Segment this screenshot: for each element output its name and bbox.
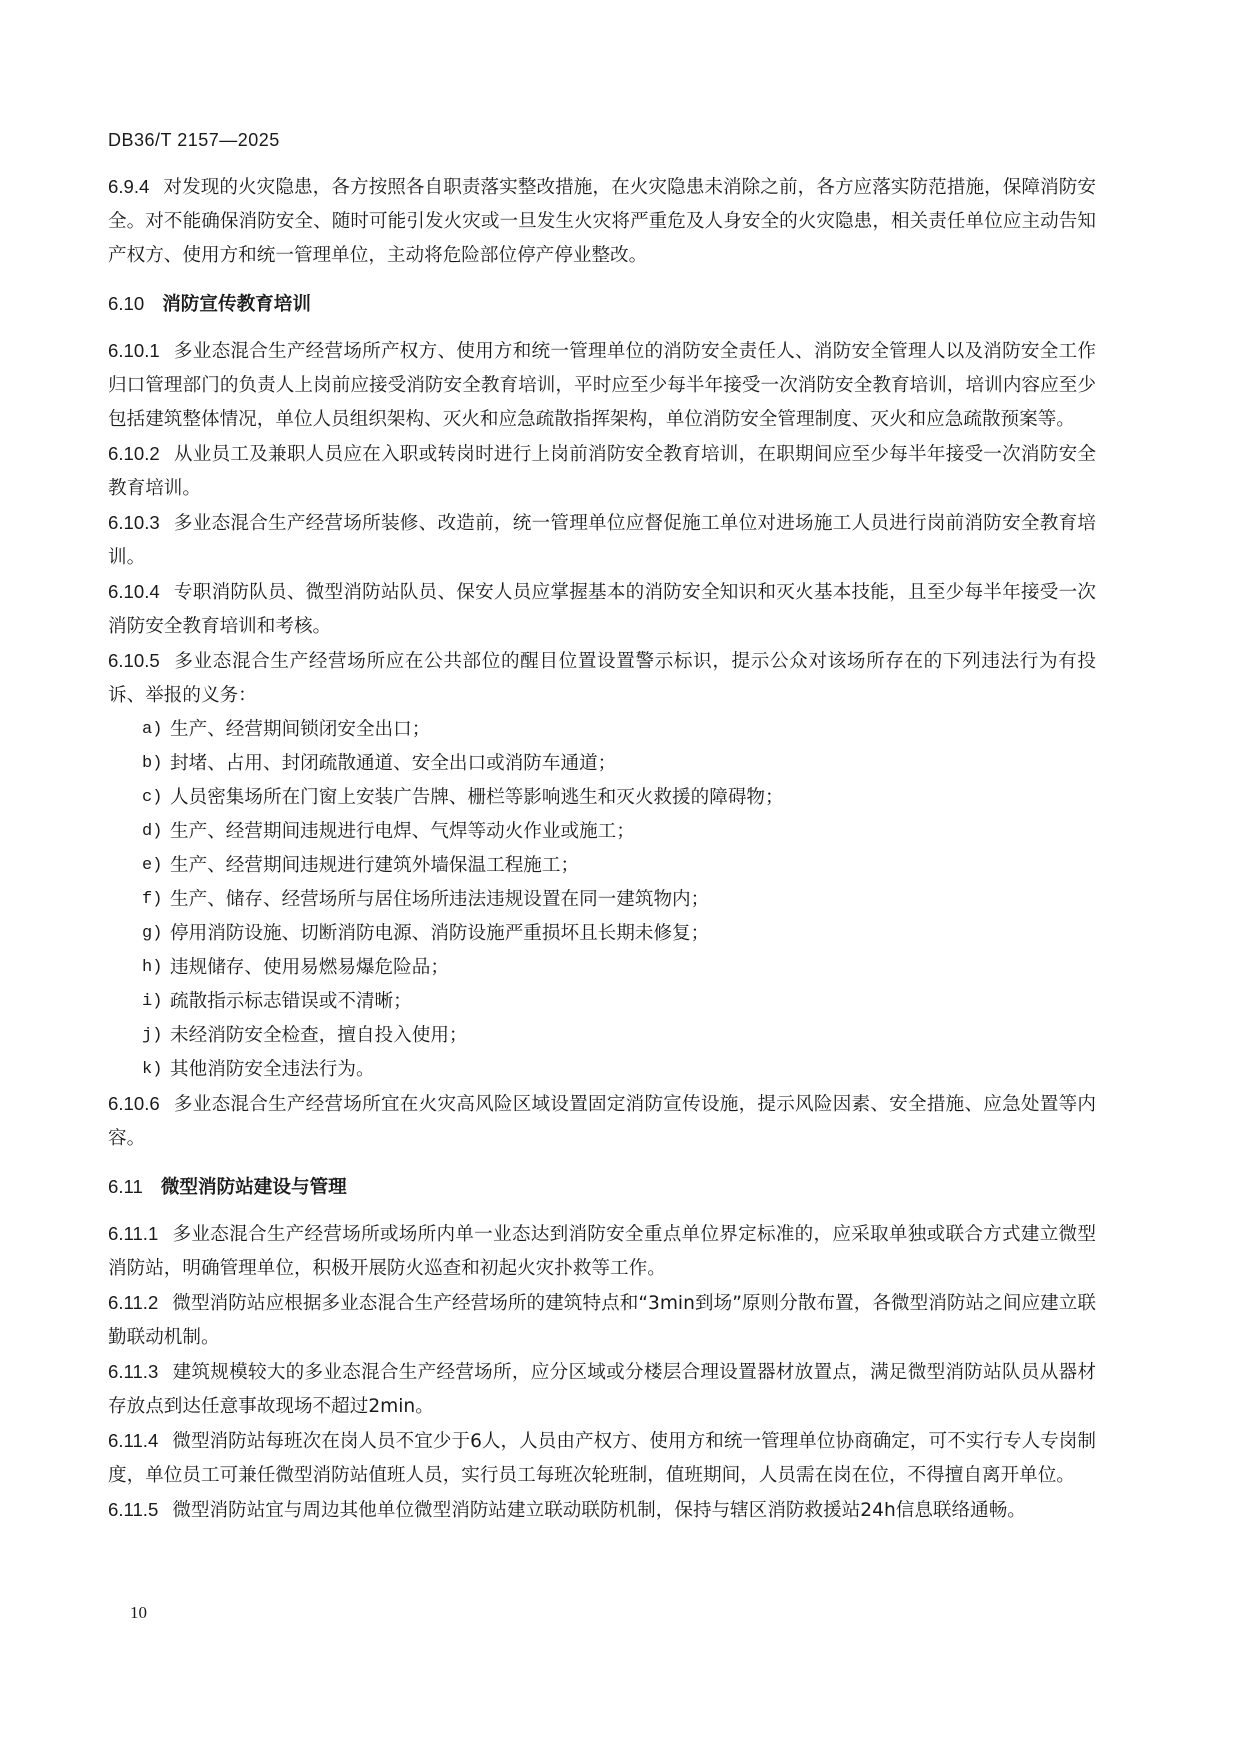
clause-number: 6.10.3: [108, 512, 160, 533]
section-heading-6-11: 6.11微型消防站建设与管理: [108, 1170, 1096, 1205]
list-marker: c): [142, 781, 162, 815]
list-marker: i): [142, 985, 162, 1019]
clause-text: 微型消防站应根据多业态混合生产经营场所的建筑特点和“3min到场”原则分散布置，…: [108, 1293, 1096, 1348]
page-number: 10: [130, 1603, 147, 1623]
list-text: 生产、经营期间违规进行建筑外墙保温工程施工；: [170, 855, 579, 876]
clause-text: 微型消防站每班次在岗人员不宜少于6人，人员由产权方、使用方和统一管理单位协商确定…: [108, 1431, 1096, 1486]
list-text: 生产、储存、经营场所与居住场所违法违规设置在同一建筑物内；: [170, 889, 709, 910]
clause-text: 微型消防站宜与周边其他单位微型消防站建立联动联防机制，保持与辖区消防救援站24h…: [172, 1500, 1026, 1521]
section-number: 6.10: [108, 293, 144, 314]
section-heading-6-10: 6.10消防宣传教育培训: [108, 287, 1096, 322]
clause-6-10-3: 6.10.3多业态混合生产经营场所装修、改造前，统一管理单位应督促施工单位对进场…: [108, 506, 1096, 575]
list-marker: f): [142, 883, 162, 917]
list-item: g)停用消防设施、切断消防电源、消防设施严重损坏且长期未修复；: [108, 917, 1096, 951]
clause-6-11-2: 6.11.2微型消防站应根据多业态混合生产经营场所的建筑特点和“3min到场”原…: [108, 1286, 1096, 1355]
list-marker: a): [142, 713, 162, 747]
list-text: 停用消防设施、切断消防电源、消防设施严重损坏且长期未修复；: [170, 923, 709, 944]
list-text: 生产、经营期间锁闭安全出口；: [170, 719, 430, 740]
list-item: k)其他消防安全违法行为。: [108, 1053, 1096, 1087]
section-title: 微型消防站建设与管理: [161, 1177, 347, 1198]
clause-number: 6.9.4: [108, 176, 149, 197]
clause-6-11-3: 6.11.3建筑规模较大的多业态混合生产经营场所，应分区域或分楼层合理设置器材放…: [108, 1355, 1096, 1424]
list-text: 生产、经营期间违规进行电焊、气焊等动火作业或施工；: [170, 821, 635, 842]
clause-text: 对发现的火灾隐患，各方按照各自职责落实整改措施，在火灾隐患未消除之前，各方应落实…: [108, 177, 1096, 266]
list-item: d)生产、经营期间违规进行电焊、气焊等动火作业或施工；: [108, 815, 1096, 849]
clause-6-11-4: 6.11.4微型消防站每班次在岗人员不宜少于6人，人员由产权方、使用方和统一管理…: [108, 1424, 1096, 1493]
clause-text: 从业员工及兼职人员应在入职或转岗时进行上岗前消防安全教育培训，在职期间应至少每半…: [108, 444, 1096, 499]
document-page: DB36/T 2157—2025 6.9.4对发现的火灾隐患，各方按照各自职责落…: [0, 0, 1241, 1755]
list-text: 疏散指示标志错误或不清晰；: [170, 991, 412, 1012]
clause-6-11-1: 6.11.1多业态混合生产经营场所或场所内单一业态达到消防安全重点单位界定标准的…: [108, 1217, 1096, 1286]
clause-text: 多业态混合生产经营场所产权方、使用方和统一管理单位的消防安全责任人、消防安全管理…: [108, 341, 1096, 430]
document-body: 6.9.4对发现的火灾隐患，各方按照各自职责落实整改措施，在火灾隐患未消除之前，…: [108, 170, 1096, 1528]
violations-list: a)生产、经营期间锁闭安全出口； b)封堵、占用、封闭疏散通道、安全出口或消防车…: [108, 713, 1096, 1087]
list-marker: g): [142, 917, 162, 951]
clause-6-10-5: 6.10.5多业态混合生产经营场所应在公共部位的醒目位置设置警示标识，提示公众对…: [108, 644, 1096, 713]
clause-number: 6.11.1: [108, 1223, 158, 1244]
clause-number: 6.11.2: [108, 1292, 158, 1313]
list-marker: h): [142, 951, 162, 985]
clause-6-10-1: 6.10.1多业态混合生产经营场所产权方、使用方和统一管理单位的消防安全责任人、…: [108, 334, 1096, 437]
clause-number: 6.11.5: [108, 1499, 158, 1520]
list-marker: b): [142, 747, 162, 781]
list-item: c)人员密集场所在门窗上安装广告牌、栅栏等影响逃生和灭火救援的障碍物；: [108, 781, 1096, 815]
list-text: 人员密集场所在门窗上安装广告牌、栅栏等影响逃生和灭火救援的障碍物；: [170, 787, 784, 808]
list-marker: d): [142, 815, 162, 849]
clause-number: 6.10.6: [108, 1093, 160, 1114]
clause-6-10-4: 6.10.4专职消防队员、微型消防站队员、保安人员应掌握基本的消防安全知识和灭火…: [108, 575, 1096, 644]
clause-text: 多业态混合生产经营场所装修、改造前，统一管理单位应督促施工单位对进场施工人员进行…: [108, 513, 1096, 568]
list-marker: j): [142, 1019, 162, 1053]
list-text: 其他消防安全违法行为。: [170, 1059, 375, 1080]
clause-text: 多业态混合生产经营场所应在公共部位的醒目位置设置警示标识，提示公众对该场所存在的…: [108, 651, 1096, 706]
clause-text: 多业态混合生产经营场所或场所内单一业态达到消防安全重点单位界定标准的，应采取单独…: [108, 1224, 1096, 1279]
list-marker: k): [142, 1053, 162, 1087]
section-title: 消防宣传教育培训: [162, 294, 311, 315]
list-item: f)生产、储存、经营场所与居住场所违法违规设置在同一建筑物内；: [108, 883, 1096, 917]
list-item: a)生产、经营期间锁闭安全出口；: [108, 713, 1096, 747]
clause-6-9-4: 6.9.4对发现的火灾隐患，各方按照各自职责落实整改措施，在火灾隐患未消除之前，…: [108, 170, 1096, 273]
clause-number: 6.10.2: [108, 443, 160, 464]
list-marker: e): [142, 849, 162, 883]
list-text: 违规储存、使用易燃易爆危险品；: [170, 957, 449, 978]
clause-6-10-6: 6.10.6多业态混合生产经营场所宜在火灾高风险区域设置固定消防宣传设施，提示风…: [108, 1087, 1096, 1156]
list-item: b)封堵、占用、封闭疏散通道、安全出口或消防车通道；: [108, 747, 1096, 781]
clause-number: 6.10.1: [108, 340, 160, 361]
list-item: i)疏散指示标志错误或不清晰；: [108, 985, 1096, 1019]
clause-number: 6.11.3: [108, 1361, 158, 1382]
list-item: j)未经消防安全检查，擅自投入使用；: [108, 1019, 1096, 1053]
clause-number: 6.11.4: [108, 1430, 158, 1451]
list-text: 未经消防安全检查，擅自投入使用；: [170, 1025, 468, 1046]
clause-number: 6.10.4: [108, 581, 160, 602]
clause-6-11-5: 6.11.5微型消防站宜与周边其他单位微型消防站建立联动联防机制，保持与辖区消防…: [108, 1493, 1096, 1528]
clause-6-10-2: 6.10.2从业员工及兼职人员应在入职或转岗时进行上岗前消防安全教育培训，在职期…: [108, 437, 1096, 506]
list-item: h)违规储存、使用易燃易爆危险品；: [108, 951, 1096, 985]
clause-text: 专职消防队员、微型消防站队员、保安人员应掌握基本的消防安全知识和灭火基本技能，且…: [108, 582, 1096, 637]
list-text: 封堵、占用、封闭疏散通道、安全出口或消防车通道；: [170, 753, 616, 774]
clause-text: 建筑规模较大的多业态混合生产经营场所，应分区域或分楼层合理设置器材放置点，满足微…: [108, 1362, 1096, 1417]
section-number: 6.11: [108, 1176, 143, 1197]
document-id: DB36/T 2157—2025: [108, 130, 280, 151]
list-item: e)生产、经营期间违规进行建筑外墙保温工程施工；: [108, 849, 1096, 883]
clause-number: 6.10.5: [108, 650, 160, 671]
clause-text: 多业态混合生产经营场所宜在火灾高风险区域设置固定消防宣传设施，提示风险因素、安全…: [108, 1094, 1096, 1149]
